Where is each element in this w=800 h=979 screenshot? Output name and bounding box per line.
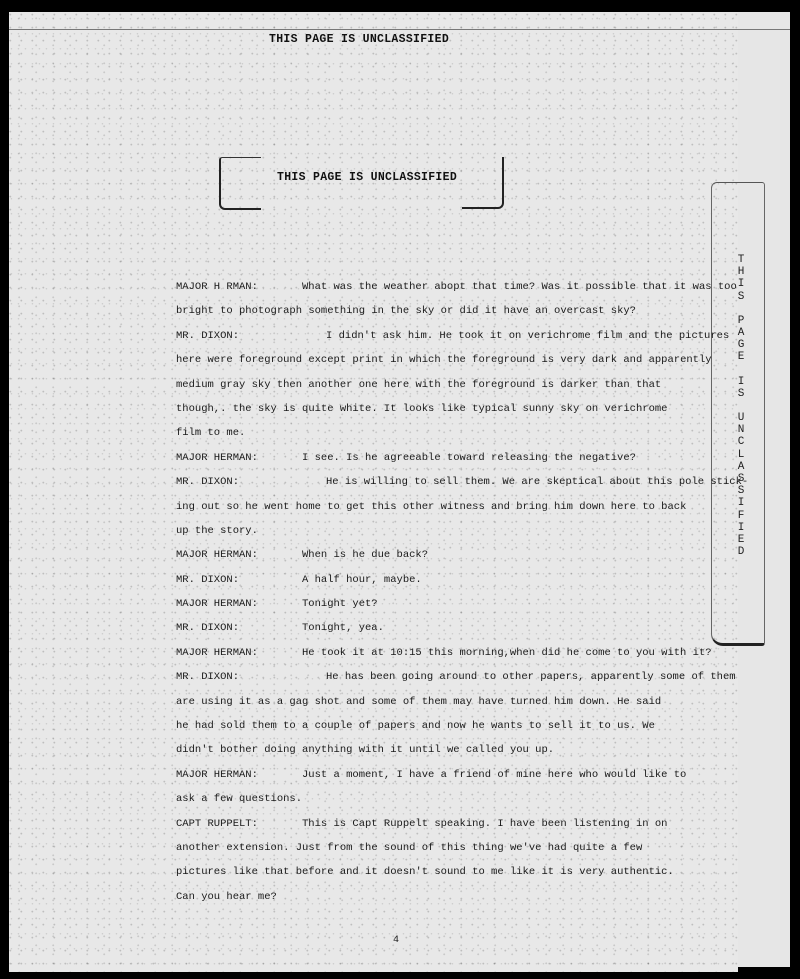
transcript-text: here were foreground except print in whi…	[176, 354, 712, 366]
transcript-text: though,. the sky is quite white. It look…	[176, 403, 667, 415]
classification-stamp: THIS PAGE IS UNCLASSIFIED	[219, 157, 504, 207]
transcript-text: He has been going around to other papers…	[326, 671, 736, 683]
scan-border-bottom	[0, 972, 800, 979]
speaker-label: MR. DIXON:	[176, 324, 326, 348]
speaker-label: MAJOR HERMAN:	[176, 641, 302, 665]
speaker-label: MAJOR HERMAN:	[176, 543, 302, 567]
transcript-line: ask a few questions.	[176, 787, 696, 811]
transcript-line: MR. DIXON:I didn't ask him. He took it o…	[176, 324, 696, 348]
side-stamp-letter: H	[734, 266, 748, 278]
transcript-line: ing out so he went home to get this othe…	[176, 495, 696, 519]
transcript-text: another extension. Just from the sound o…	[176, 842, 642, 854]
transcript-line: MR. DIXON:Tonight, yea.	[176, 616, 696, 640]
transcript-text: What was the weather abopt that time? Wa…	[302, 281, 737, 293]
side-stamp-letter: I	[734, 497, 748, 509]
transcript-line: pictures like that before and it doesn't…	[176, 860, 696, 884]
transcript-line: bright to photograph something in the sk…	[176, 299, 696, 323]
transcript-line: though,. the sky is quite white. It look…	[176, 397, 696, 421]
speaker-label: MR. DIXON:	[176, 616, 302, 640]
transcript-line: up the story.	[176, 519, 696, 543]
transcript-line: MAJOR HERMAN:When is he due back?	[176, 543, 696, 567]
transcript-line: MAJOR HERMAN:Tonight yet?	[176, 592, 696, 616]
side-stamp-letter: A	[734, 461, 748, 473]
speaker-label: MAJOR HERMAN:	[176, 446, 302, 470]
transcript-line: MAJOR HERMAN:I see. Is he agreeable towa…	[176, 446, 696, 470]
transcript-text: He is willing to sell them. We are skept…	[326, 476, 748, 488]
speaker-label: MR. DIXON:	[176, 470, 326, 494]
classification-header: THIS PAGE IS UNCLASSIFIED	[269, 33, 449, 46]
side-stamp-letter: T	[734, 254, 748, 266]
stamp-right-bracket	[462, 157, 504, 209]
transcript-line: MAJOR HERMAN:Just a moment, I have a fri…	[176, 763, 696, 787]
side-stamp-letter: L	[734, 449, 748, 461]
transcript-text: are using it as a gag shot and some of t…	[176, 696, 661, 708]
transcript-text: A half hour, maybe.	[302, 574, 422, 586]
classification-stamp-text: THIS PAGE IS UNCLASSIFIED	[277, 171, 457, 184]
transcript-text: I didn't ask him. He took it on verichro…	[326, 330, 729, 342]
transcript-body: MAJOR H RMAN:What was the weather abopt …	[176, 275, 696, 909]
top-rule-line	[9, 29, 790, 30]
side-stamp-letter: N	[734, 424, 748, 436]
transcript-line: MAJOR HERMAN:He took it at 10:15 this mo…	[176, 641, 696, 665]
transcript-line: he had sold them to a couple of papers a…	[176, 714, 696, 738]
side-stamp-letter: E	[734, 351, 748, 363]
transcript-line: MAJOR H RMAN:What was the weather abopt …	[176, 275, 696, 299]
transcript-text: Tonight yet?	[302, 598, 378, 610]
transcript-line: MR. DIXON:A half hour, maybe.	[176, 568, 696, 592]
transcript-line: CAPT RUPPELT:This is Capt Ruppelt speaki…	[176, 812, 696, 836]
stamp-left-bracket	[219, 157, 261, 210]
side-stamp-letter: P	[734, 315, 748, 327]
transcript-line: MR. DIXON:He has been going around to ot…	[176, 665, 696, 689]
side-stamp-letter: E	[734, 534, 748, 546]
transcript-text: Tonight, yea.	[302, 622, 384, 634]
side-stamp-letter	[734, 303, 748, 315]
side-stamp-letter: G	[734, 339, 748, 351]
speaker-label: MR. DIXON:	[176, 568, 302, 592]
transcript-text: ing out so he went home to get this othe…	[176, 501, 686, 513]
side-stamp-letter: S	[734, 388, 748, 400]
transcript-text: Just a moment, I have a friend of mine h…	[302, 769, 686, 781]
side-stamp-letter	[734, 400, 748, 412]
speaker-label: MAJOR H RMAN:	[176, 275, 302, 299]
transcript-text: pictures like that before and it doesn't…	[176, 866, 674, 878]
side-stamp-letter: A	[734, 327, 748, 339]
transcript-text: He took it at 10:15 this morning,when di…	[302, 647, 712, 659]
speaker-label: MR. DIXON:	[176, 665, 326, 689]
transcript-line: didn't bother doing anything with it unt…	[176, 738, 696, 762]
side-stamp-letter: C	[734, 436, 748, 448]
transcript-line: MR. DIXON:He is willing to sell them. We…	[176, 470, 696, 494]
transcript-text: didn't bother doing anything with it unt…	[176, 744, 554, 756]
transcript-line: are using it as a gag shot and some of t…	[176, 690, 696, 714]
speaker-label: MAJOR HERMAN:	[176, 592, 302, 616]
transcript-text: Can you hear me?	[176, 891, 277, 903]
speaker-label: CAPT RUPPELT:	[176, 812, 302, 836]
side-stamp-letter: I	[734, 376, 748, 388]
side-stamp-letter: I	[734, 522, 748, 534]
transcript-line: another extension. Just from the sound o…	[176, 836, 696, 860]
side-stamp-letter: F	[734, 510, 748, 522]
transcript-text: ask a few questions.	[176, 793, 302, 805]
transcript-text: I see. Is he agreeable toward releasing …	[302, 452, 636, 464]
transcript-text: When is he due back?	[302, 549, 428, 561]
page-number: 4	[393, 935, 399, 946]
transcript-text: This is Capt Ruppelt speaking. I have be…	[302, 818, 667, 830]
side-stamp-letter: D	[734, 546, 748, 558]
transcript-line: Can you hear me?	[176, 885, 696, 909]
transcript-text: medium gray sky then another one here wi…	[176, 379, 661, 391]
side-stamp-letter	[734, 364, 748, 376]
transcript-text: bright to photograph something in the sk…	[176, 305, 636, 317]
side-stamp-letter: U	[734, 412, 748, 424]
transcript-text: up the story.	[176, 525, 258, 537]
speaker-label: MAJOR HERMAN:	[176, 763, 302, 787]
transcript-text: he had sold them to a couple of papers a…	[176, 720, 655, 732]
transcript-text: film to me.	[176, 427, 245, 439]
side-classification-stamp-text: THISPAGEISUNCLASSIFIED	[734, 254, 748, 558]
transcript-line: medium gray sky then another one here wi…	[176, 373, 696, 397]
transcript-line: here were foreground except print in whi…	[176, 348, 696, 372]
transcript-line: film to me.	[176, 421, 696, 445]
